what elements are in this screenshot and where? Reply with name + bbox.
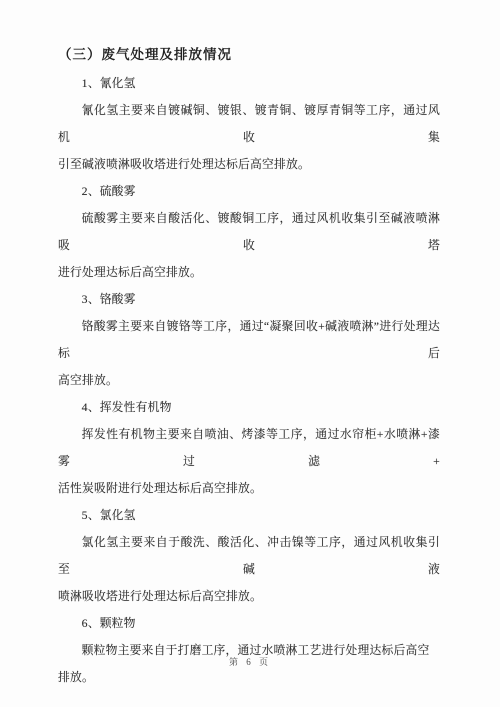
- section-heading: （三）废气处理及排放情况: [58, 42, 440, 68]
- item-4-paragraph-line: 挥发性有机物主要来自喷油、烤漆等工序，通过水帘柜+水喷淋+漆雾过滤+: [58, 421, 440, 475]
- item-5-paragraph-line: 氯化氢主要来自于酸洗、酸活化、冲击镍等工序，通过风机收集引至碱液: [58, 529, 440, 583]
- document-page: （三）废气处理及排放情况 1、氰化氢 氰化氢主要来自镀碱铜、镀银、镀青铜、镀厚青…: [0, 0, 500, 707]
- item-5-title: 5、氯化氢: [58, 502, 440, 529]
- item-6-title: 6、颗粒物: [58, 610, 440, 637]
- item-5-paragraph-line: 喷淋吸收塔进行处理达标后高空排放。: [58, 583, 440, 610]
- item-1-title: 1、氰化氢: [58, 70, 440, 97]
- item-4-title: 4、挥发性有机物: [58, 394, 440, 421]
- page-footer: 第 6 页: [0, 652, 500, 670]
- item-2-paragraph-line: 进行处理达标后高空排放。: [58, 259, 440, 286]
- item-3-paragraph-line: 高空排放。: [58, 367, 440, 394]
- item-2-title: 2、硫酸雾: [58, 178, 440, 205]
- item-2-paragraph-line: 硫酸雾主要来自酸活化、镀酸铜工序，通过风机收集引至碱液喷淋吸收塔: [58, 205, 440, 259]
- item-3-paragraph-line: 铬酸雾主要来自镀铬等工序，通过“凝聚回收+碱液喷淋”进行处理达标后: [58, 313, 440, 367]
- item-1-paragraph-line: 引至碱液喷淋吸收塔进行处理达标后高空排放。: [58, 151, 440, 178]
- item-3-title: 3、铬酸雾: [58, 286, 440, 313]
- item-4-paragraph-line: 活性炭吸附进行处理达标后高空排放。: [58, 475, 440, 502]
- item-1-paragraph-line: 氰化氢主要来自镀碱铜、镀银、镀青铜、镀厚青铜等工序，通过风机收集: [58, 97, 440, 151]
- document-content: （三）废气处理及排放情况 1、氰化氢 氰化氢主要来自镀碱铜、镀银、镀青铜、镀厚青…: [58, 42, 440, 691]
- page-number: 第 6 页: [229, 657, 271, 667]
